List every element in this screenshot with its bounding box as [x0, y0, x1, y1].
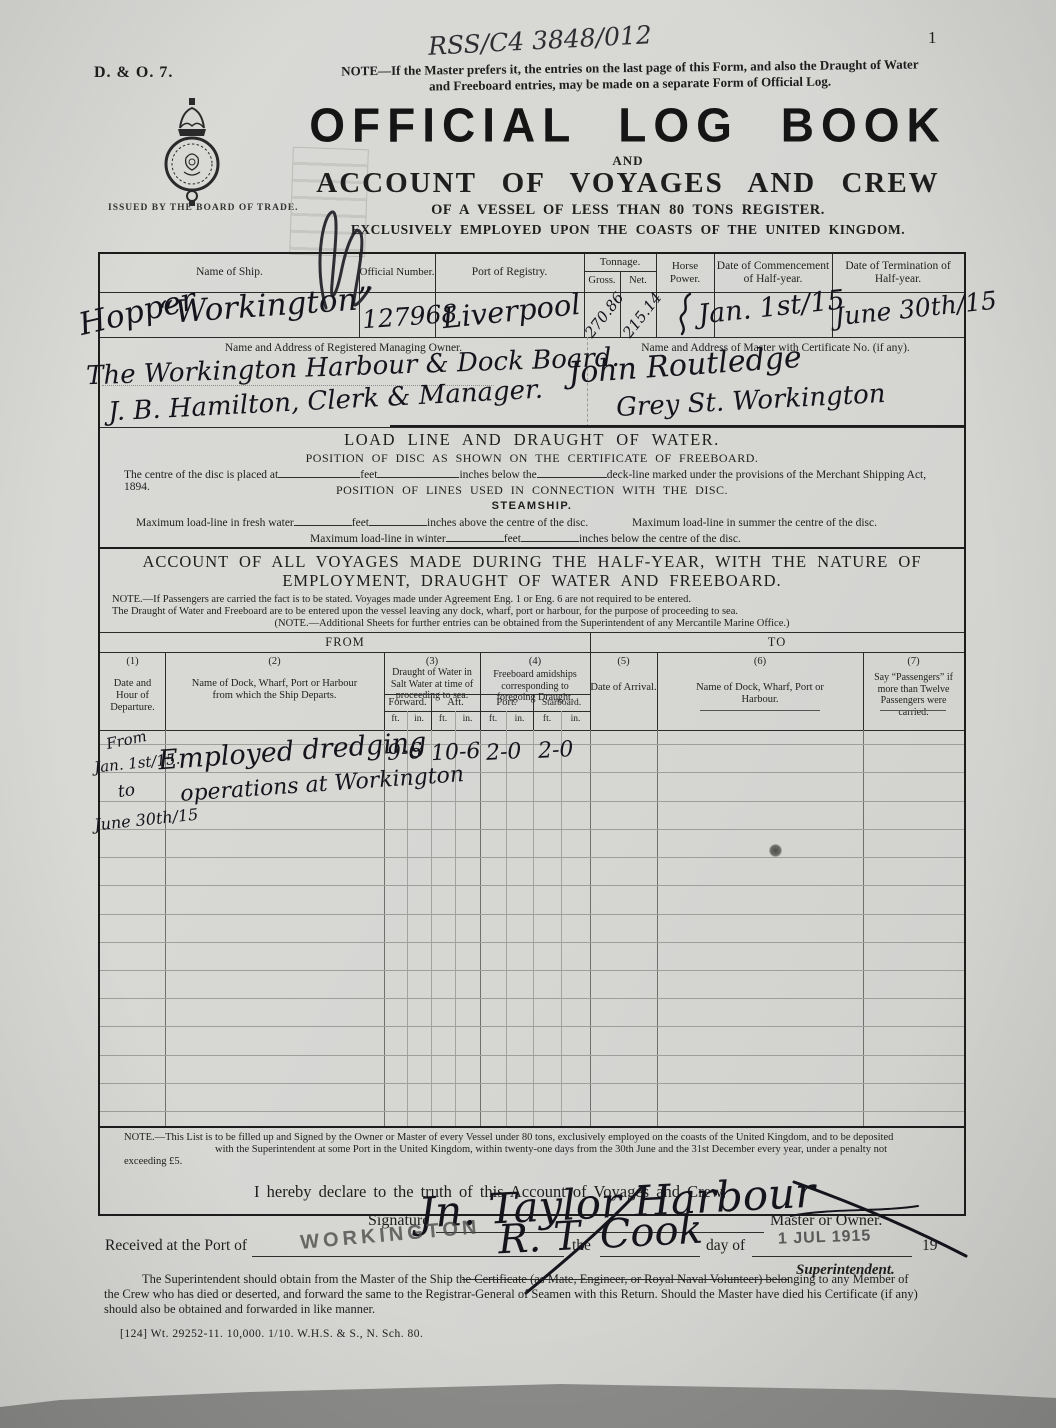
name-of-ship-label: Name of Ship.	[100, 266, 359, 278]
fresh-blank1	[294, 514, 352, 526]
winter-blank1	[446, 530, 504, 542]
col7-dash	[880, 710, 946, 711]
printer-imprint: [124] Wt. 29252-11. 10,000. 1/10. W.H.S.…	[120, 1328, 423, 1340]
col6-label: Name of Dock, Wharf, Port or Harbour.	[677, 682, 843, 706]
table-row-line	[100, 998, 964, 999]
master-handwriting-line2: Grey St. Workington	[615, 379, 886, 423]
date-line	[752, 1256, 912, 1257]
deposit-note-line3: exceeding £5.	[124, 1156, 524, 1167]
entry-starboard: 2-0	[537, 737, 574, 764]
table-bottom-rule	[100, 1126, 964, 1128]
entry-aft: 10-6	[430, 739, 481, 767]
forward-label: Forward.	[384, 697, 431, 709]
ft-label: ft.	[431, 714, 455, 724]
official-number-label: Official Number.	[359, 266, 435, 278]
superintendent-para2: the Crew who has died or deserted, and f…	[104, 1287, 964, 1302]
ink-spot	[769, 844, 782, 857]
account-heading2: EMPLOYMENT, DRAUGHT OF WATER AND FREEBOA…	[100, 571, 964, 591]
account-note1: NOTE.—If Passengers are carried the fact…	[112, 594, 952, 605]
body-col-line	[480, 730, 481, 1126]
account-note3: (NOTE.—Additional Sheets for further ent…	[100, 618, 964, 629]
body-col-line	[165, 730, 166, 1126]
subtitle: ACCOUNT OF VOYAGES AND CREW	[268, 167, 988, 200]
account-note2: The Draught of Water and Freeboard are t…	[112, 606, 952, 617]
port-sub-label: Port.	[480, 697, 533, 709]
deposit-note-line2: with the Superintendent at some Port in …	[215, 1144, 945, 1155]
ft-label: ft.	[533, 714, 561, 724]
fresh-p3: inches above the centre of the disc.	[427, 517, 588, 529]
table-row-line	[100, 772, 964, 773]
ft-label: ft.	[384, 714, 407, 724]
col5-num: (5)	[590, 656, 657, 668]
table-row-line	[100, 1055, 964, 1056]
commencement-label: Date of Commencement of Half-year.	[714, 260, 832, 286]
fresh-blank2	[369, 514, 427, 526]
superintendent-para1: The Superintendent should obtain from th…	[142, 1272, 962, 1287]
received-label: Received at the Port of	[105, 1237, 247, 1255]
port-handwriting: Liverpool	[441, 287, 582, 335]
gross-label: Gross.	[584, 275, 620, 286]
disc-p2: feet	[360, 469, 377, 481]
col7-num: (7)	[863, 656, 964, 668]
table-row-line	[100, 1111, 964, 1112]
body-col-line	[657, 730, 658, 1126]
entry-port: 2-0	[485, 739, 522, 766]
section-rule	[100, 547, 964, 549]
year-prefix: 19	[922, 1237, 938, 1255]
in-label: in.	[407, 714, 431, 724]
body-sub-line	[561, 730, 562, 1126]
ship-row-rule	[100, 337, 964, 338]
steamship-heading: STEAMSHIP.	[100, 500, 964, 512]
net-label: Net.	[620, 275, 656, 286]
date-received-stamp: 1 JUL 1915	[778, 1227, 872, 1248]
winter-p3: inches below the centre of the disc.	[579, 533, 741, 545]
form-outer-box: Name of Ship. Official Number. Port of R…	[98, 252, 966, 1216]
disc-p1: The centre of the disc is placed at	[124, 469, 278, 481]
superintendent-para3: should also be obtained and forwarded in…	[104, 1302, 604, 1317]
col1-label: Date and Hour of Departure.	[102, 678, 163, 714]
disc-blank2	[377, 466, 459, 478]
col6-num: (6)	[657, 656, 863, 668]
col6-dash	[700, 710, 820, 711]
table-row-line	[100, 1026, 964, 1027]
winter-blank2	[521, 530, 579, 542]
body-col-line	[863, 730, 864, 1126]
table-row-line	[100, 885, 964, 886]
page-number: 1	[928, 28, 937, 48]
account-heading1: ACCOUNT OF ALL VOYAGES MADE DURING THE H…	[100, 552, 964, 572]
col5-label: Date of Arrival.	[590, 682, 657, 694]
fresh-water-sentence: Maximum load-line in fresh waterfeetinch…	[136, 514, 956, 529]
page-title: OFFICIAL LOG BOOK	[268, 97, 988, 153]
net-tonnage-handwriting: 215.14	[619, 289, 666, 341]
load-line-sub2: POSITION OF LINES USED IN CONNECTION WIT…	[100, 483, 964, 498]
section-rule	[100, 427, 964, 428]
table-row-line	[100, 970, 964, 971]
body-col-line	[590, 730, 591, 1126]
col4-num: (4)	[480, 656, 590, 668]
subhead-rule	[384, 694, 590, 695]
table-head-rule	[100, 652, 964, 653]
table-row-line	[100, 829, 964, 830]
col7-label: Say “Passengers” if more than Twelve Pas…	[868, 672, 959, 718]
signature-flourish	[790, 1172, 970, 1262]
horse-power-label: Horse Power.	[656, 260, 714, 286]
body-sub-line	[455, 730, 456, 1126]
entry-forward: 9-6	[386, 739, 423, 766]
in-label: in.	[506, 714, 533, 724]
port-of-registry-label: Port of Registry.	[435, 266, 584, 278]
disc-blank1	[278, 466, 360, 478]
ft-label: ft.	[480, 714, 506, 724]
disc-p3: inches below the	[459, 469, 536, 481]
coasts-line: EXCLUSIVELY EMPLOYED UPON THE COASTS OF …	[268, 222, 988, 238]
in-label: in.	[561, 714, 590, 724]
vessel-line: OF A VESSEL OF LESS THAN 80 TONS REGISTE…	[268, 202, 988, 219]
col2-label: Name of Dock, Wharf, Port or Harbour fro…	[185, 678, 364, 702]
deposit-note-line1: NOTE.—This List is to be filled up and S…	[124, 1132, 940, 1143]
fresh-p1: Maximum load-line in fresh water	[136, 517, 294, 529]
col1-num: (1)	[100, 656, 165, 668]
disc-blank3	[537, 466, 607, 478]
table-top-rule	[100, 632, 964, 633]
form-code: D. & O. 7.	[94, 64, 173, 82]
summer-sentence: Maximum load-line in summer the centre o…	[632, 517, 877, 529]
board-of-trade-crest-icon	[160, 96, 224, 208]
starboard-label: Starboard.	[533, 697, 590, 709]
table-row-line	[100, 914, 964, 915]
termination-label: Date of Termination of Half-year.	[832, 260, 964, 286]
fresh-p2: feet	[352, 517, 369, 529]
body-sub-line	[506, 730, 507, 1126]
table-row-line	[100, 857, 964, 858]
scanned-log-book-page: RSS/C4 3848/012 1 D. & O. 7. NOTE—If the…	[0, 0, 1056, 1428]
section-rule-heavy	[390, 425, 964, 427]
load-line-sub1: POSITION OF DISC AS SHOWN ON THE CERTIFI…	[100, 451, 964, 466]
to-header: TO	[590, 635, 964, 650]
ftin-rule	[384, 711, 590, 712]
table-row-line	[100, 942, 964, 943]
entry-date-to: to	[117, 780, 137, 802]
aft-label: Aft.	[431, 697, 480, 709]
winter-p1: Maximum load-line in winter	[310, 533, 446, 545]
winter-sentence: Maximum load-line in winterfeetinches be…	[310, 530, 930, 545]
day-of-label: day of	[706, 1237, 745, 1255]
tonnage-label: Tonnage.	[584, 256, 656, 268]
col2-num: (2)	[165, 656, 384, 668]
table-row-line	[100, 1083, 964, 1084]
table-body-top-rule	[100, 730, 964, 731]
winter-p2: feet	[504, 533, 521, 545]
body-sub-line	[533, 730, 534, 1126]
horse-power-mark	[674, 292, 696, 336]
from-header: FROM	[100, 635, 590, 650]
load-line-heading: LOAD LINE AND DRAUGHT OF WATER.	[100, 430, 964, 450]
in-label: in.	[455, 714, 480, 724]
